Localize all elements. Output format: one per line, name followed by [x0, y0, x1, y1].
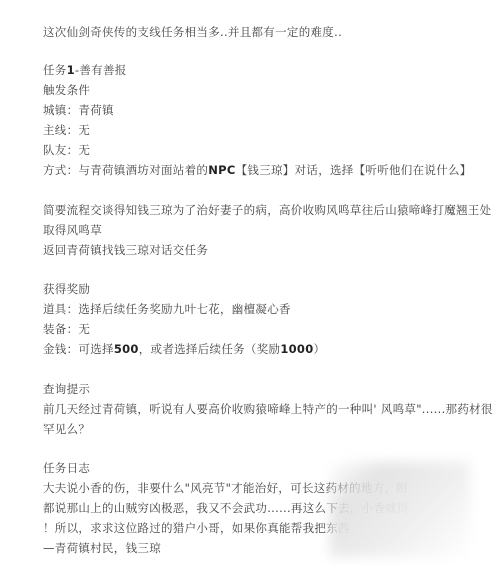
watermark-blur: [330, 462, 470, 557]
money-text-b: ，或者选择后续任务（奖励: [139, 342, 281, 356]
method-text-b: 【钱三琼】对话，选择【听听他们在说什么】: [236, 163, 472, 177]
log-line-3: ！所以，求求这位路过的猎户小哥，如果你真能帮我把东西: [43, 521, 350, 535]
intro-text: 这次仙剑奇侠传的支线任务相当多..并且都有一定的难度..: [43, 25, 342, 39]
hint-heading: 查询提示: [43, 382, 90, 396]
reward-equip: 装备：无: [43, 322, 90, 336]
trigger-party: 队友：无: [43, 143, 90, 157]
money-text-c: ）: [314, 342, 326, 356]
flow-line-2: 取得风鸣草: [43, 223, 102, 237]
trigger-town: 城镇：青荷镇: [43, 103, 114, 117]
reward-money: 金钱：可选择500，或者选择后续任务（奖励1000）: [43, 342, 325, 356]
log-heading: 任务日志: [43, 461, 90, 475]
reward-item: 道具：选择后续任务奖励九叶七花，幽檀凝心香: [43, 302, 291, 316]
log-signature: —青荷镇村民，钱三琼: [43, 541, 161, 555]
flow-line-3: 返回青荷镇找钱三琼对话交任务: [43, 243, 208, 257]
task-title: 任务1-善有善报: [43, 63, 127, 77]
method-text-a: 方式：与青荷镇酒坊对面站着的: [43, 163, 208, 177]
task-title-prefix: 任务: [43, 63, 67, 77]
money-amount-2: 1000: [280, 342, 313, 356]
hint-line-2: 罕见么？: [43, 422, 90, 436]
task-number: 1: [67, 63, 75, 77]
trigger-heading: 触发条件: [43, 83, 90, 97]
method-npc: NPC: [208, 163, 235, 177]
trigger-main: 主线：无: [43, 123, 90, 137]
reward-heading: 获得奖励: [43, 282, 90, 296]
trigger-method: 方式：与青荷镇酒坊对面站着的NPC【钱三琼】对话，选择【听听他们在说什么】: [43, 163, 472, 177]
task-title-suffix: -善有善报: [75, 63, 127, 77]
money-text-a: 金钱：可选择: [43, 342, 114, 356]
money-amount-1: 500: [114, 342, 139, 356]
flow-line-1: 简要流程交谈得知钱三琼为了治好妻子的病，高价收购风鸣草往后山猿啼峰打魔翘王处: [43, 203, 491, 217]
hint-line-1: 前几天经过青荷镇，听说有人要高价收购猿啼峰上特产的一种叫' 风鸣草"......…: [43, 402, 493, 416]
